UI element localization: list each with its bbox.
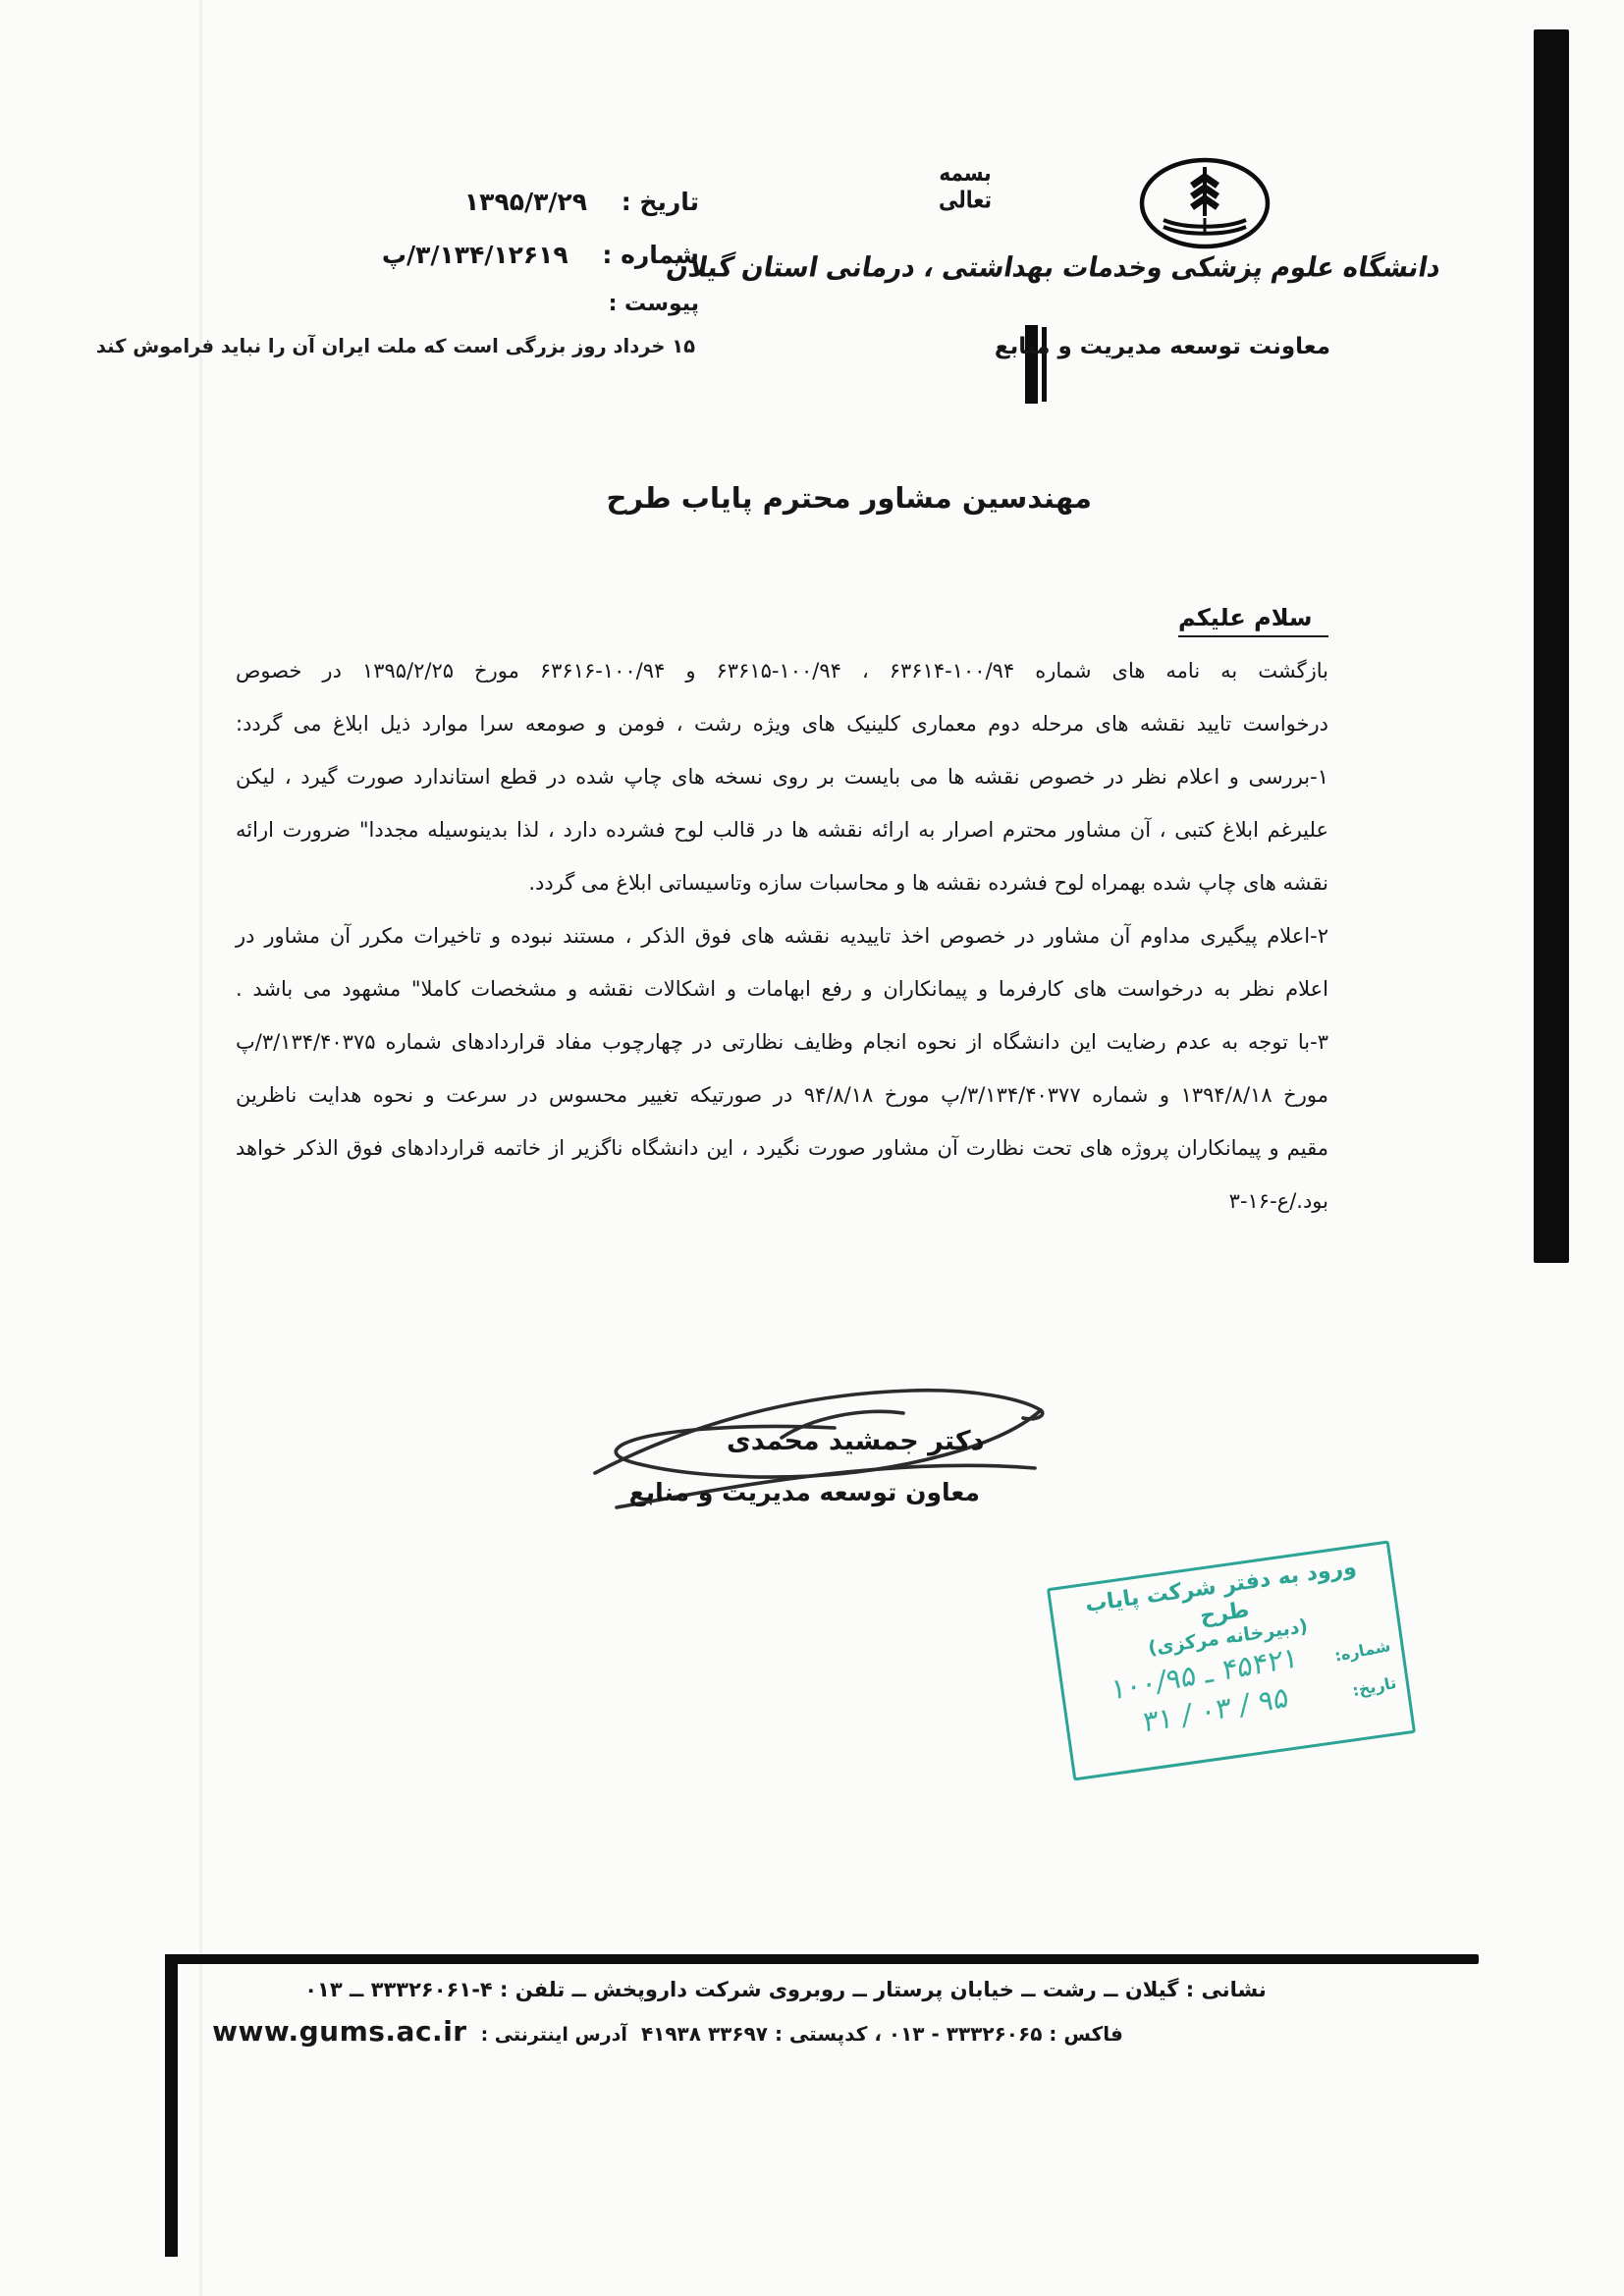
department-name: معاونت توسعه مدیریت و منابع [1060, 334, 1330, 359]
body-line: علیرغم ابلاغ کتبی ، آن مشاور محترم اصرار… [236, 803, 1328, 856]
attachment-row: پیوست : [295, 294, 699, 315]
signatory-name: دکتر جمشید محمدی [727, 1426, 997, 1456]
body-line: نقشه های چاپ شده بهمراه لوح فشرده نقشه ه… [236, 856, 1328, 909]
date-value: ۱۳۹۵/۳/۲۹ [464, 190, 587, 214]
footer-website-url: www.gums.ac.ir [212, 2015, 466, 2048]
letterhead-slogan: ۱۵ خرداد روز بزرگی است که ملت ایران آن ر… [228, 335, 695, 357]
letter-body: بازگشت به نامه های شماره ۱۰۰/۹۴-۶۳۶۱۴ ، … [236, 644, 1328, 1228]
recipient-heading: مهندسین مشاور محترم پایاب طرح [648, 481, 1092, 515]
footer-fax-postal: فاکس : ۳۳۳۲۶۰۶۵ - ۰۱۳ ، کدپستی : ۳۳۶۹۷ ۴… [641, 2022, 1123, 2046]
body-line: ۳-با توجه به عدم رضایت این دانشگاه از نح… [236, 1015, 1328, 1068]
body-line: ۱-بررسی و اعلام نظر در خصوص نقشه ها می ب… [236, 750, 1328, 803]
signatory-title: معاون توسعه مدیریت و منابع [656, 1478, 980, 1506]
footer-rule-vertical [165, 1954, 178, 2257]
footer-address-line: نشانی : گیلان ــ رشت ــ خیابان پرستار ــ… [295, 1978, 1276, 2001]
scan-edge-artifact [1534, 29, 1569, 1263]
body-line: درخواست تایید نقشه های مرحله دوم معماری … [236, 697, 1328, 750]
footer-web-label: آدرس اینترنتی : [481, 2024, 627, 2046]
body-line: مورخ ۱۳۹۴/۸/۱۸ و شماره ۳/۱۳۴/۴۰۳۷۷/پ مور… [236, 1068, 1328, 1121]
bismillah-calligraphy: بسمه تعالی [919, 160, 1012, 214]
university-logo-icon [1137, 157, 1272, 253]
university-name: دانشگاه علوم پزشکی وخدمات بهداشتی ، درما… [954, 252, 1443, 284]
date-label: تاریخ : [622, 190, 699, 214]
date-row: تاریخ : ۱۳۹۵/۳/۲۹ [295, 190, 699, 214]
footer-contact-line: فاکس : ۳۳۳۲۶۰۶۵ - ۰۱۳ ، کدپستی : ۳۳۶۹۷ ۴… [295, 2015, 1041, 2048]
attachment-label: پیوست : [609, 294, 699, 315]
body-line: بازگشت به نامه های شماره ۱۰۰/۹۴-۶۳۶۱۴ ، … [236, 644, 1328, 697]
stamp-number-label: شماره: [1333, 1636, 1392, 1666]
stamp-date-label: تاریخ: [1351, 1673, 1398, 1700]
body-line: اعلام نظر به درخواست های کارفرما و پیمان… [236, 962, 1328, 1015]
salutation: سلام علیکم [1178, 604, 1328, 637]
body-line: مقیم و پیمانکاران پروژه های تحت نظارت آن… [236, 1121, 1328, 1175]
number-row: شماره : ۳/۱۳۴/۱۲۶۱۹/پ [295, 243, 699, 267]
scanned-letter-page: تاریخ : ۱۳۹۵/۳/۲۹ شماره : ۳/۱۳۴/۱۲۶۱۹/پ … [0, 0, 1624, 2296]
body-line: ۲-اعلام پیگیری مداوم آن مشاور در خصوص اخ… [236, 909, 1328, 962]
footer-rule-horizontal [165, 1954, 1479, 1964]
body-line: بود./ع-۱۶-۳ [236, 1175, 1328, 1228]
number-value: ۳/۱۳۴/۱۲۶۱۹/پ [382, 243, 568, 267]
receipt-stamp: ورود به دفتر شرکت پایاب طرح (دبیرخانه مر… [1047, 1540, 1416, 1780]
